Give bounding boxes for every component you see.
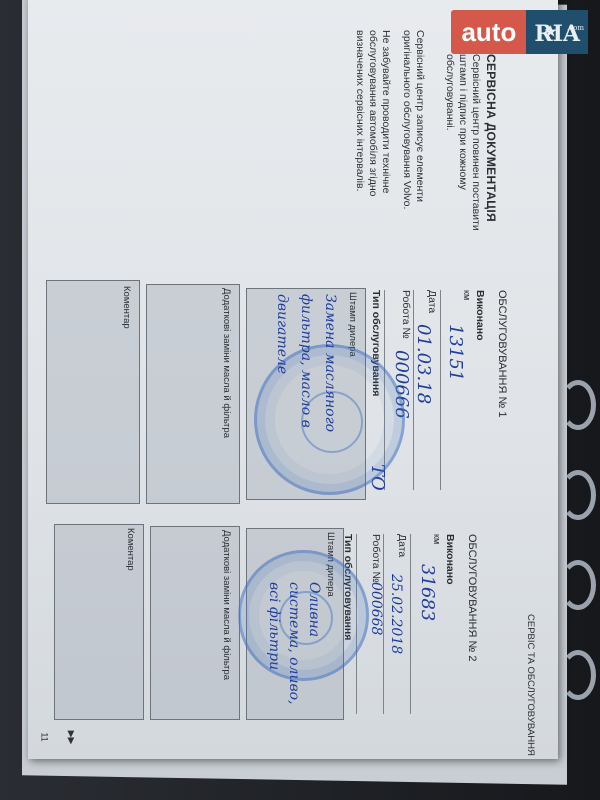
service-1-date-label: Дата [426,290,438,313]
service-1-handwritten-note: Замена масляного фильтра, масло в двигат… [270,294,342,504]
logo-ria-suffix: .com [567,4,584,52]
service-1-date-value: 01.03.18 [413,324,434,404]
service-2-km-label: км [432,534,442,544]
service-1-km-label: км [462,290,472,300]
service-2-date-label: Дата [396,534,408,557]
logo-auto-text: auto [451,10,526,54]
service-2-oil-filter-label: Додаткові заміни масла й фільтра [221,530,232,680]
intro-paragraph-2: Сервісний центр записує елементи оригіна… [400,30,426,215]
service-1-comment-label: Коментар [121,286,132,329]
section-title: СЕРВІСНА ДОКУМЕНТАЦІЯ [484,54,498,222]
service-1-done-label: Виконано [474,290,486,341]
star-icon: ★ [544,8,557,56]
divider [413,290,414,490]
intro-paragraph-1: Сервісний центр повинен поставити штамп … [443,54,482,244]
service-book-page: СЕРВІС ТА ОБСЛУГОВУВАННЯ СЕРВІСНА ДОКУМЕ… [28,0,558,759]
service-1-km-value: 13151 [445,324,466,381]
running-title-right: СЕРВІС ТА ОБСЛУГОВУВАННЯ [525,614,536,756]
service-1-title: ОБСЛУГОВУВАННЯ № 1 [496,290,508,417]
divider [440,290,441,490]
service-2-km-value: 31683 [417,564,438,621]
page-number: 11 [40,732,50,741]
divider [410,534,411,714]
service-1-oil-filter-label: Додаткові заміни масла й фільтра [221,288,232,438]
double-arrow-icon: ▶▶ [65,731,76,745]
service-2-comment-label: Коментар [125,528,136,571]
logo-ria: ★ RIA .com [526,10,588,54]
service-2-done-label: Виконано [444,534,456,585]
service-2-handwritten-note: Оливна система, оливо, всі фільтри [264,582,324,712]
service-2-date-value: 25.02.2018 [388,574,404,654]
service-2-title: ОБСЛУГОВУВАННЯ № 2 [466,534,478,661]
service-2-job-label: Робота № [370,534,382,583]
service-1-job-label: Робота № [400,290,412,339]
autoria-logo: auto ★ RIA .com [451,10,588,54]
service-2-job-value: 000668 [368,582,384,635]
intro-paragraph-3: Не забувайте проводити технічне обслугов… [353,30,392,215]
